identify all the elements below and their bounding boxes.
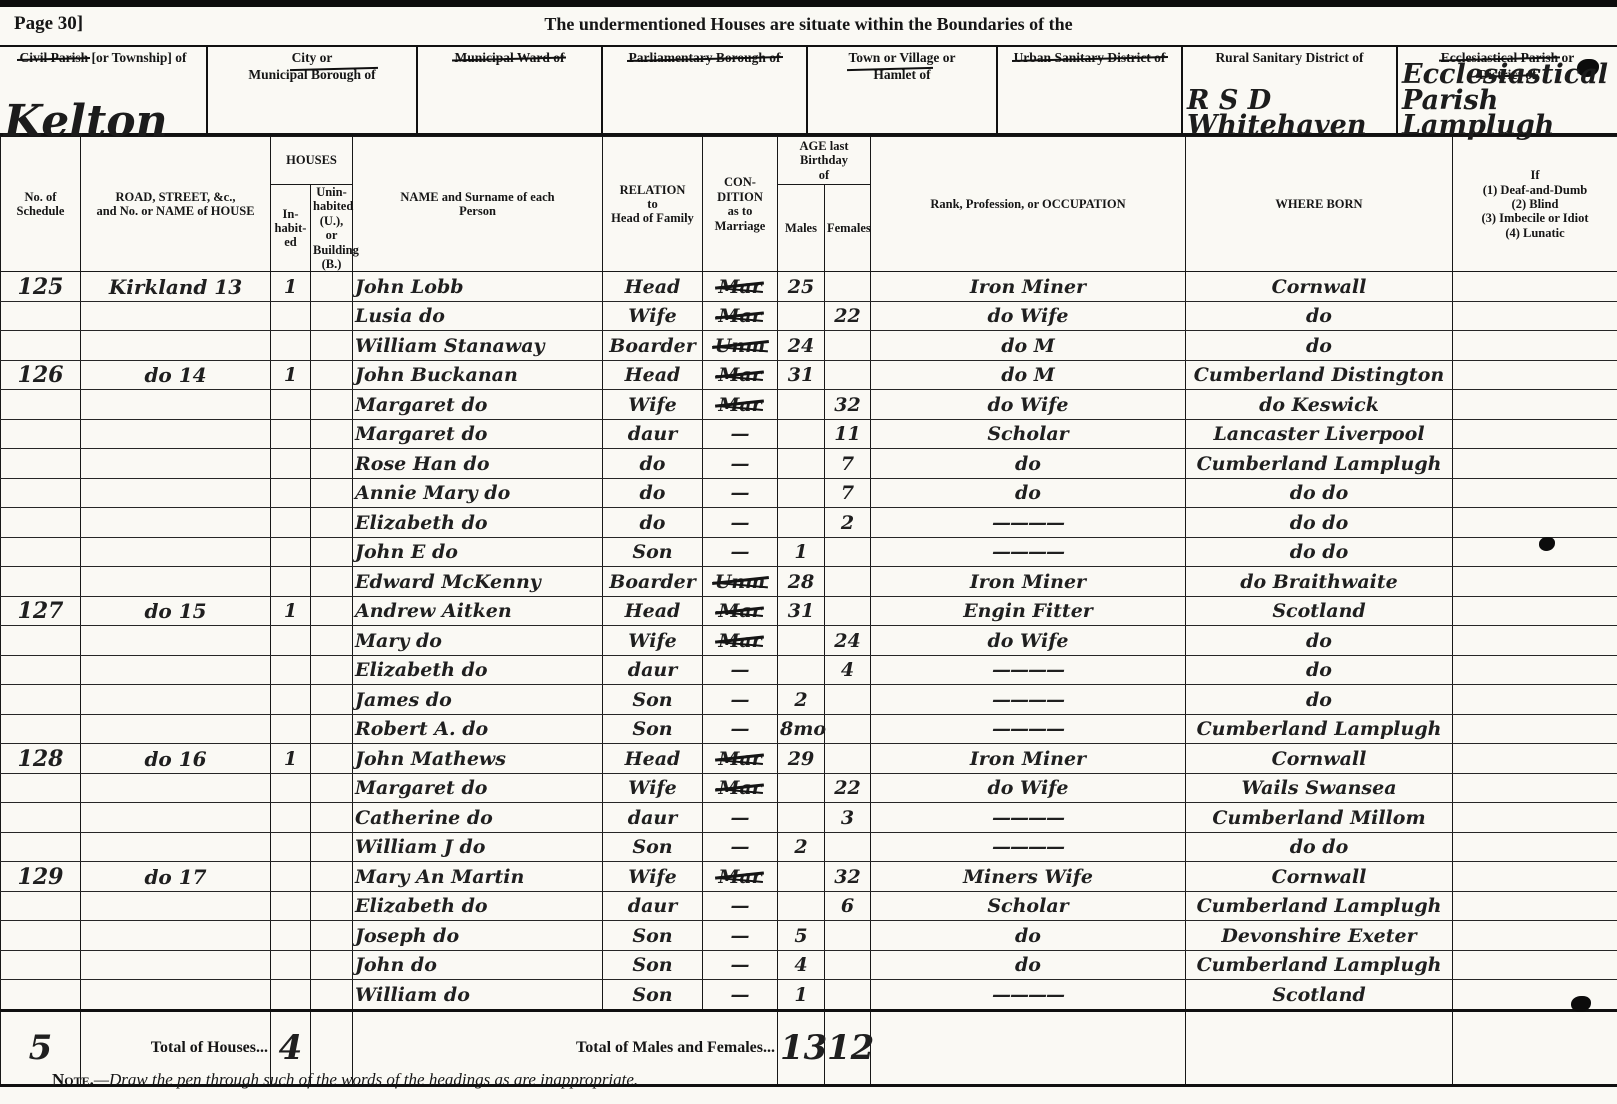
cell-infirmities (1453, 596, 1617, 626)
cell-occupation: do (871, 950, 1186, 980)
cell-road (81, 449, 271, 479)
table-header: No. of Schedule ROAD, STREET, &c., and N… (1, 137, 1617, 272)
cell-inhabited: 1 (271, 744, 311, 774)
cell-relation: daur (603, 891, 703, 921)
region-header-label: Town or Village or Hamlet of (808, 50, 996, 84)
cell-uninhabited (311, 626, 353, 656)
total-houses-value: 4 (279, 1028, 303, 1068)
cell-where-born: Scotland (1186, 980, 1453, 1011)
cell-road (81, 950, 271, 980)
table-row: Margaret doWifeMar22do WifeWails Swansea (1, 773, 1617, 803)
cell-occupation: do Wife (871, 626, 1186, 656)
cell-condition: Mar (703, 301, 778, 331)
table-row: 128do 161John MathewsHeadMar29Iron Miner… (1, 744, 1617, 774)
table-row: Catherine dodaur—3————Cumberland Millom (1, 803, 1617, 833)
cell-where-born: Cumberland Distington (1186, 360, 1453, 390)
cell-uninhabited (311, 360, 353, 390)
cell-schedule (1, 626, 81, 656)
cell-uninhabited (311, 832, 353, 862)
cell-name: Elizabeth do (353, 508, 603, 538)
cell-inhabited (271, 950, 311, 980)
col-condition: CON- DITION as to Marriage (703, 137, 778, 272)
cell-inhabited (271, 773, 311, 803)
cell-road (81, 655, 271, 685)
table-row: 127do 151Andrew AitkenHeadMar31Engin Fit… (1, 596, 1617, 626)
cell-where-born: Cumberland Millom (1186, 803, 1453, 833)
cell-schedule (1, 891, 81, 921)
cell-occupation: ———— (871, 980, 1186, 1011)
cell-age-male: 5 (778, 921, 825, 951)
cell-schedule (1, 921, 81, 951)
cell-age-female (825, 685, 871, 715)
census-table: No. of Schedule ROAD, STREET, &c., and N… (0, 136, 1617, 1087)
cell-inhabited (271, 891, 311, 921)
cell-where-born: do do (1186, 832, 1453, 862)
cell-name: William J do (353, 832, 603, 862)
cell-age-female: 6 (825, 891, 871, 921)
cell-relation: do (603, 478, 703, 508)
cell-name: Elizabeth do (353, 891, 603, 921)
cell-relation: Head (603, 360, 703, 390)
cell-infirmities (1453, 862, 1617, 892)
cell-where-born: do Keswick (1186, 390, 1453, 420)
region-header-label: Parliamentary Borough of (603, 50, 806, 67)
cell-inhabited (271, 478, 311, 508)
cell-infirmities (1453, 301, 1617, 331)
region-header-cell: Rural Sanitary District ofR S D Whitehav… (1183, 47, 1398, 133)
cell-inhabited (271, 301, 311, 331)
cell-infirmities (1453, 331, 1617, 361)
col-age: AGE last Birthday of (778, 137, 871, 185)
cell-road (81, 714, 271, 744)
cell-schedule (1, 567, 81, 597)
cell-schedule (1, 390, 81, 420)
col-males: Males (778, 185, 825, 272)
cell-where-born: Cornwall (1186, 862, 1453, 892)
cell-condition: — (703, 803, 778, 833)
cell-age-female: 11 (825, 419, 871, 449)
region-header-cell: Urban Sanitary District of (998, 47, 1183, 133)
cell-uninhabited (311, 862, 353, 892)
cell-occupation: do Wife (871, 773, 1186, 803)
cell-relation: do (603, 449, 703, 479)
cell-relation: daur (603, 419, 703, 449)
cell-name: Andrew Aitken (353, 596, 603, 626)
cell-age-male (778, 773, 825, 803)
cell-occupation: ———— (871, 803, 1186, 833)
cell-condition: — (703, 891, 778, 921)
cell-name: John Mathews (353, 744, 603, 774)
cell-where-born: do Braithwaite (1186, 567, 1453, 597)
cell-schedule (1, 478, 81, 508)
cell-relation: Head (603, 596, 703, 626)
cell-condition: Mar (703, 360, 778, 390)
cell-relation: Head (603, 744, 703, 774)
cell-road (81, 803, 271, 833)
cell-infirmities (1453, 419, 1617, 449)
col-schedule: No. of Schedule (1, 137, 81, 272)
cell-condition: — (703, 950, 778, 980)
col-occupation: Rank, Profession, or OCCUPATION (871, 137, 1186, 272)
cell-where-born: do (1186, 685, 1453, 715)
cell-road (81, 390, 271, 420)
cell-schedule: 128 (1, 744, 81, 774)
cell-where-born: Cumberland Lamplugh (1186, 891, 1453, 921)
cell-name: Margaret do (353, 390, 603, 420)
cell-occupation: do Wife (871, 390, 1186, 420)
cell-uninhabited (311, 301, 353, 331)
cell-condition: Mar (703, 390, 778, 420)
cell-road (81, 508, 271, 538)
cell-condition: — (703, 980, 778, 1011)
cell-inhabited (271, 449, 311, 479)
cell-condition: Mar (703, 272, 778, 302)
table-row: Elizabeth dodaur—4————do (1, 655, 1617, 685)
region-header-cell: Municipal Ward of (418, 47, 603, 133)
region-header-label: City or Municipal Borough of (208, 50, 416, 84)
cell-uninhabited (311, 744, 353, 774)
col-houses: HOUSES (271, 137, 353, 185)
cell-inhabited: 1 (271, 596, 311, 626)
table-row: 129do 17Mary An MartinWifeMar32Miners Wi… (1, 862, 1617, 892)
cell-road (81, 537, 271, 567)
cell-uninhabited (311, 390, 353, 420)
cell-age-male: 29 (778, 744, 825, 774)
cell-schedule (1, 950, 81, 980)
cell-age-female: 2 (825, 508, 871, 538)
cell-name: Mary do (353, 626, 603, 656)
cell-occupation: ———— (871, 685, 1186, 715)
cell-name: Catherine do (353, 803, 603, 833)
cell-occupation: Iron Miner (871, 567, 1186, 597)
cell-relation: Son (603, 980, 703, 1011)
cell-road: do 14 (81, 360, 271, 390)
cell-infirmities (1453, 567, 1617, 597)
cell-schedule: 127 (1, 596, 81, 626)
table-row: John E doSon—1————do do (1, 537, 1617, 567)
cell-road (81, 980, 271, 1011)
cell-occupation: do (871, 478, 1186, 508)
cell-age-male (778, 862, 825, 892)
cell-schedule (1, 803, 81, 833)
cell-inhabited (271, 980, 311, 1011)
cell-uninhabited (311, 655, 353, 685)
cell-age-male (778, 626, 825, 656)
cell-age-female (825, 537, 871, 567)
cell-condition: — (703, 508, 778, 538)
cell-schedule (1, 773, 81, 803)
cell-road (81, 567, 271, 597)
total-schedules: 5 (29, 1028, 53, 1068)
table-row: William doSon—1————Scotland (1, 980, 1617, 1011)
cell-infirmities (1453, 773, 1617, 803)
cell-infirmities (1453, 950, 1617, 980)
region-header-cell: City or Municipal Borough of (208, 47, 418, 133)
table-row: Margaret doWifeMar32do Wifedo Keswick (1, 390, 1617, 420)
cell-age-female (825, 980, 871, 1011)
cell-infirmities (1453, 891, 1617, 921)
cell-relation: Son (603, 921, 703, 951)
cell-where-born: Cornwall (1186, 272, 1453, 302)
records-body: 125Kirkland 131John LobbHeadMar25Iron Mi… (1, 272, 1617, 1011)
cell-schedule (1, 655, 81, 685)
cell-inhabited (271, 331, 311, 361)
cell-schedule (1, 419, 81, 449)
table-row: William StanawayBoarderUnm24do Mdo (1, 331, 1617, 361)
cell-relation: Son (603, 714, 703, 744)
cell-condition: — (703, 685, 778, 715)
cell-road (81, 331, 271, 361)
cell-road (81, 626, 271, 656)
cell-where-born: do (1186, 626, 1453, 656)
cell-infirmities (1453, 626, 1617, 656)
cell-schedule (1, 980, 81, 1011)
cell-where-born: do do (1186, 537, 1453, 567)
cell-infirmities (1453, 921, 1617, 951)
cell-relation: Son (603, 832, 703, 862)
cell-infirmities (1453, 744, 1617, 774)
cell-name: Joseph do (353, 921, 603, 951)
cell-inhabited: 1 (271, 272, 311, 302)
cell-age-female: 32 (825, 390, 871, 420)
cell-road: do 17 (81, 862, 271, 892)
total-houses-label: Total of Houses... (151, 1039, 268, 1056)
page-title: The undermentioned Houses are situate wi… (0, 14, 1617, 35)
cell-infirmities (1453, 478, 1617, 508)
cell-uninhabited (311, 773, 353, 803)
cell-age-female (825, 596, 871, 626)
cell-infirmities (1453, 537, 1617, 567)
cell-name: William Stanaway (353, 331, 603, 361)
cell-age-female: 22 (825, 301, 871, 331)
cell-age-male (778, 891, 825, 921)
cell-schedule (1, 449, 81, 479)
cell-age-female (825, 272, 871, 302)
cell-road (81, 685, 271, 715)
cell-infirmities (1453, 685, 1617, 715)
title-bar: Page 30] The undermentioned Houses are s… (0, 7, 1617, 47)
cell-name: Lusia do (353, 301, 603, 331)
cell-age-male (778, 419, 825, 449)
table-row: Mary doWifeMar24do Wifedo (1, 626, 1617, 656)
cell-infirmities (1453, 832, 1617, 862)
cell-age-male: 28 (778, 567, 825, 597)
table-row: James doSon—2————do (1, 685, 1617, 715)
cell-road (81, 301, 271, 331)
cell-occupation: Engin Fitter (871, 596, 1186, 626)
cell-uninhabited (311, 891, 353, 921)
cell-infirmities (1453, 390, 1617, 420)
col-road: ROAD, STREET, &c., and No. or NAME of HO… (81, 137, 271, 272)
table-row: Lusia doWifeMar22do Wifedo (1, 301, 1617, 331)
cell-uninhabited (311, 272, 353, 302)
cell-uninhabited (311, 419, 353, 449)
cell-age-male: 2 (778, 685, 825, 715)
cell-road (81, 921, 271, 951)
cell-schedule (1, 508, 81, 538)
col-females: Females (825, 185, 871, 272)
cell-occupation: do (871, 449, 1186, 479)
cell-schedule: 129 (1, 862, 81, 892)
col-inhabited: In- habit- ed (271, 185, 311, 272)
cell-inhabited (271, 862, 311, 892)
cell-condition: Mar (703, 773, 778, 803)
cell-inhabited: 1 (271, 360, 311, 390)
cell-occupation: ———— (871, 655, 1186, 685)
cell-inhabited (271, 832, 311, 862)
cell-relation: do (603, 508, 703, 538)
region-header-cell: Parliamentary Borough of (603, 47, 808, 133)
cell-condition: — (703, 478, 778, 508)
cell-uninhabited (311, 567, 353, 597)
cell-age-male: 31 (778, 596, 825, 626)
cell-schedule (1, 537, 81, 567)
cell-name: John Lobb (353, 272, 603, 302)
cell-age-male (778, 390, 825, 420)
cell-uninhabited (311, 714, 353, 744)
cell-road: do 15 (81, 596, 271, 626)
cell-uninhabited (311, 921, 353, 951)
cell-road (81, 419, 271, 449)
region-header-cell: Town or Village or Hamlet of (808, 47, 998, 133)
cell-age-female (825, 744, 871, 774)
cell-name: Annie Mary do (353, 478, 603, 508)
col-relation: RELATION to Head of Family (603, 137, 703, 272)
cell-age-female: 7 (825, 478, 871, 508)
table-row: Robert A. doSon—8mo————Cumberland Lamplu… (1, 714, 1617, 744)
cell-uninhabited (311, 449, 353, 479)
cell-relation: Wife (603, 390, 703, 420)
cell-age-male: 4 (778, 950, 825, 980)
table-row: William J doSon—2————do do (1, 832, 1617, 862)
cell-age-male (778, 655, 825, 685)
cell-uninhabited (311, 685, 353, 715)
cell-condition: — (703, 419, 778, 449)
cell-infirmities (1453, 803, 1617, 833)
cell-occupation: Iron Miner (871, 272, 1186, 302)
cell-occupation: ———— (871, 832, 1186, 862)
cell-uninhabited (311, 596, 353, 626)
cell-inhabited (271, 419, 311, 449)
table-row: Margaret dodaur—11ScholarLancaster Liver… (1, 419, 1617, 449)
cell-uninhabited (311, 950, 353, 980)
cell-relation: Son (603, 685, 703, 715)
cell-where-born: do (1186, 331, 1453, 361)
cell-occupation: Scholar (871, 419, 1186, 449)
cell-road (81, 478, 271, 508)
cell-where-born: Cumberland Lamplugh (1186, 950, 1453, 980)
cell-where-born: do do (1186, 508, 1453, 538)
cell-infirmities (1453, 714, 1617, 744)
cell-infirmities (1453, 508, 1617, 538)
cell-name: Robert A. do (353, 714, 603, 744)
col-name: NAME and Surname of each Person (353, 137, 603, 272)
table-row: Joseph doSon—5doDevonshire Exeter (1, 921, 1617, 951)
cell-relation: Son (603, 950, 703, 980)
cell-inhabited (271, 626, 311, 656)
total-males-value: 13 (780, 1028, 827, 1068)
cell-where-born: Cumberland Lamplugh (1186, 449, 1453, 479)
cell-age-male (778, 478, 825, 508)
cell-age-female: 32 (825, 862, 871, 892)
table-row: Annie Mary dodo—7dodo do (1, 478, 1617, 508)
cell-relation: Wife (603, 773, 703, 803)
cell-where-born: Scotland (1186, 596, 1453, 626)
cell-age-male: 2 (778, 832, 825, 862)
cell-age-male (778, 449, 825, 479)
cell-name: James do (353, 685, 603, 715)
table-row: Elizabeth dodaur—6ScholarCumberland Lamp… (1, 891, 1617, 921)
cell-inhabited (271, 537, 311, 567)
cell-age-male (778, 803, 825, 833)
cell-age-male: 1 (778, 537, 825, 567)
cell-where-born: Devonshire Exeter (1186, 921, 1453, 951)
cell-age-female: 24 (825, 626, 871, 656)
cell-condition: — (703, 655, 778, 685)
cell-infirmities (1453, 449, 1617, 479)
cell-occupation: do M (871, 331, 1186, 361)
cell-condition: — (703, 449, 778, 479)
cell-infirmities (1453, 360, 1617, 390)
cell-infirmities (1453, 272, 1617, 302)
cell-relation: daur (603, 803, 703, 833)
cell-where-born: Cumberland Lamplugh (1186, 714, 1453, 744)
cell-condition: Unm (703, 567, 778, 597)
table-row: Elizabeth dodo—2————do do (1, 508, 1617, 538)
cell-name: Margaret do (353, 773, 603, 803)
cell-inhabited (271, 390, 311, 420)
cell-age-female (825, 921, 871, 951)
cell-schedule: 125 (1, 272, 81, 302)
footer-note-text: —Draw the pen through such of the words … (94, 1070, 638, 1089)
cell-inhabited (271, 567, 311, 597)
cell-age-male (778, 508, 825, 538)
col-infirmities: If (1) Deaf-and-Dumb (2) Blind (3) Imbec… (1453, 137, 1617, 272)
cell-road: Kirkland 13 (81, 272, 271, 302)
cell-age-female (825, 832, 871, 862)
cell-age-female (825, 331, 871, 361)
table-row: 125Kirkland 131John LobbHeadMar25Iron Mi… (1, 272, 1617, 302)
cell-schedule: 126 (1, 360, 81, 390)
cell-name: Elizabeth do (353, 655, 603, 685)
cell-relation: Head (603, 272, 703, 302)
cell-occupation: ———— (871, 714, 1186, 744)
cell-uninhabited (311, 331, 353, 361)
region-header-label: Civil Parish [or Township] of (0, 50, 206, 67)
cell-name: Rose Han do (353, 449, 603, 479)
cell-age-male: 31 (778, 360, 825, 390)
cell-relation: Boarder (603, 331, 703, 361)
cell-where-born: Wails Swansea (1186, 773, 1453, 803)
footer-note: Note.—Draw the pen through such of the w… (52, 1070, 638, 1090)
region-header-label: Urban Sanitary District of (998, 50, 1181, 67)
cell-inhabited (271, 508, 311, 538)
cell-occupation: do (871, 921, 1186, 951)
cell-name: Margaret do (353, 419, 603, 449)
cell-schedule (1, 714, 81, 744)
region-header-label: Rural Sanitary District of (1183, 50, 1396, 67)
cell-occupation: do Wife (871, 301, 1186, 331)
cell-age-male: 8mo (778, 714, 825, 744)
table-row: Rose Han dodo—7doCumberland Lamplugh (1, 449, 1617, 479)
cell-schedule (1, 832, 81, 862)
cell-age-female: 3 (825, 803, 871, 833)
table-row: Edward McKennyBoarderUnm28Iron Minerdo B… (1, 567, 1617, 597)
cell-name: John do (353, 950, 603, 980)
cell-age-female (825, 567, 871, 597)
cell-inhabited (271, 921, 311, 951)
cell-relation: Wife (603, 301, 703, 331)
